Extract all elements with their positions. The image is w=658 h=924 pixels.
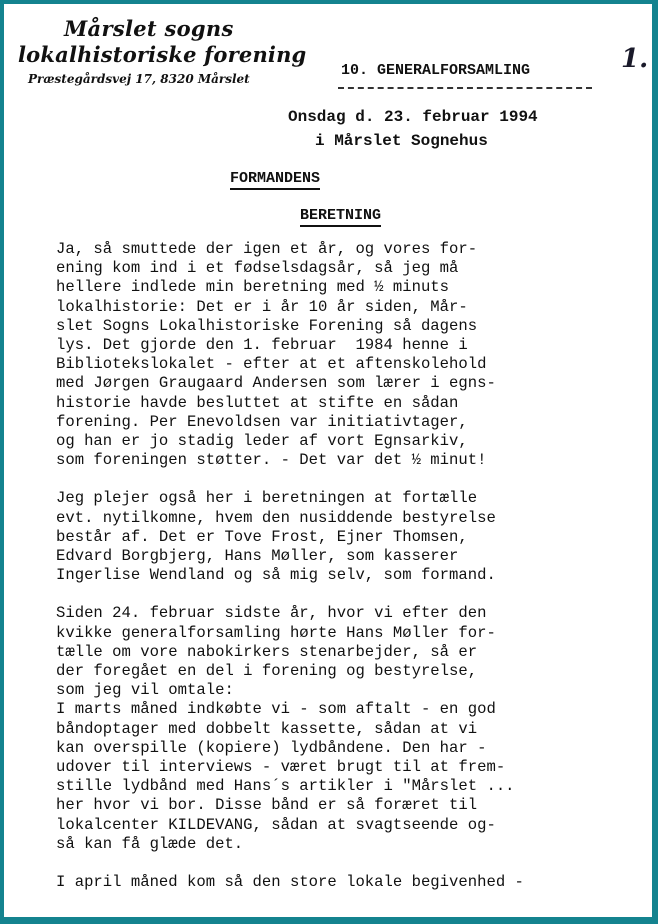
title-underline-divider	[338, 87, 592, 89]
paragraph-anniversary: Ja, så smuttede der igen et år, og vores…	[56, 240, 652, 470]
meeting-title: 10. GENERALFORSAMLING	[341, 62, 530, 79]
page-number: 1.	[621, 44, 648, 74]
meeting-date: Onsdag d. 23. februar 1994	[288, 108, 538, 126]
paragraph-april-event: I april måned kom så den store lokale be…	[56, 873, 652, 892]
document-page: Mårslet sogns lokalhistoriske forening P…	[4, 4, 652, 917]
paragraph-year-activities: Siden 24. februar sidste år, hvor vi eft…	[56, 604, 652, 854]
paragraph-board-members: Jeg plejer også her i beretningen at for…	[56, 489, 652, 585]
letterhead-name-line2: lokalhistoriske forening	[18, 42, 306, 67]
meeting-place: i Mårslet Sognehus	[315, 132, 488, 150]
letterhead-address: Præstegårdsvej 17, 8320 Mårslet	[28, 72, 250, 86]
report-body: Ja, så smuttede der igen et år, og vores…	[56, 240, 652, 892]
letterhead-name-line1: Mårslet sogns	[64, 16, 234, 41]
heading-formandens: FORMANDENS	[230, 170, 320, 190]
heading-beretning: BERETNING	[300, 207, 381, 227]
